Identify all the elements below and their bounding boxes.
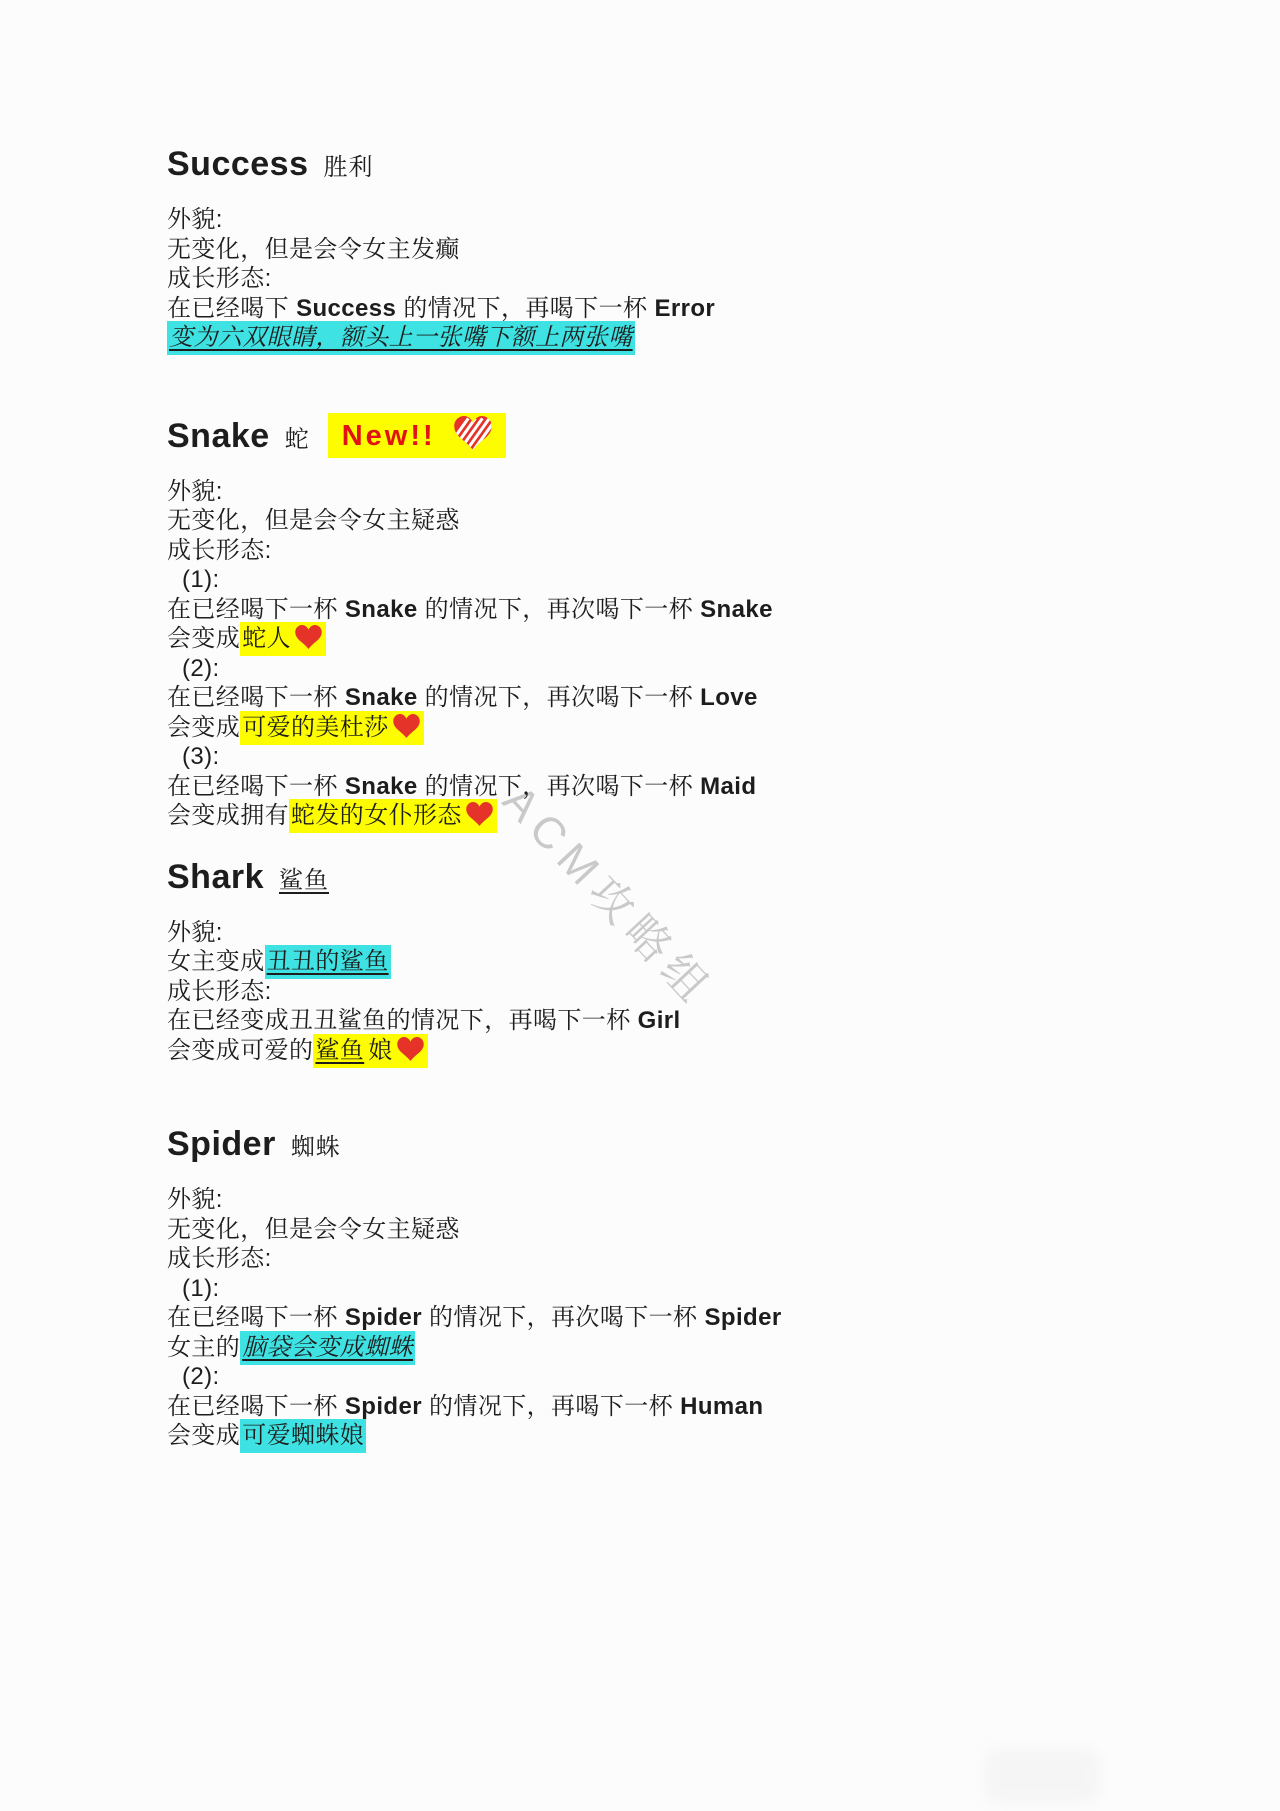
text-segment: Love [700, 684, 758, 711]
text-segment: 的情况下，再次喝下一杯 [422, 1304, 705, 1331]
section-heading: Shark鲨鱼 [167, 855, 1230, 903]
text-segment: 在已经喝下 [167, 295, 296, 322]
photo-artifact [985, 1748, 1100, 1803]
text-segment: Girl [638, 1007, 681, 1034]
section-title-en: Success [167, 145, 309, 183]
text-segment: 的情况下，再喝下一杯 [396, 295, 654, 322]
text-line: 无变化，但是会令女主疑惑 [167, 1215, 1230, 1245]
text-line: 外貌: [167, 918, 1230, 948]
text-line: 成长形态: [167, 264, 1230, 294]
section-title-en: Spider [167, 1125, 276, 1163]
text-line: 会变成可爱的鲨鱼娘 [167, 1036, 1230, 1066]
text-segment: 成长形态: [167, 265, 272, 292]
text-segment: 在已经喝下一杯 [167, 596, 345, 623]
new-badge: New!! [328, 413, 506, 458]
section-spider: Spider蜘蛛外貌:无变化，但是会令女主疑惑成长形态:(1):在已经喝下一杯 … [167, 1122, 1230, 1451]
text-segment: (2): [167, 1363, 220, 1390]
heart-icon-wrap [293, 622, 326, 656]
text-line: 在已经变成丑丑鲨鱼的情况下，再喝下一杯 Girl [167, 1006, 1230, 1036]
text-segment: (2): [167, 655, 220, 682]
sections: Success胜利外貌:无变化，但是会令女主发癫成长形态:在已经喝下 Succe… [167, 142, 1230, 1451]
text-line: (2): [167, 1362, 1230, 1392]
text-segment: Snake [345, 596, 418, 623]
text-line: 成长形态: [167, 1244, 1230, 1274]
heart-icon [466, 802, 493, 826]
section-shark: Shark鲨鱼外貌:女主变成丑丑的鲨鱼成长形态:在已经变成丑丑鲨鱼的情况下，再喝… [167, 855, 1230, 1066]
section-snake: Snake蛇New!!外貌:无变化，但是会令女主疑惑成长形态:(1):在已经喝下… [167, 413, 1230, 831]
heart-icon-wrap [464, 799, 497, 833]
text-segment: 会变成可爱的 [167, 1037, 313, 1064]
text-line: 会变成拥有蛇发的女仆形态 [167, 801, 1230, 831]
text-line: 女主的脑袋会变成蜘蛛 [167, 1333, 1230, 1363]
text-segment: Error [654, 295, 715, 322]
highlight-yellow: 蛇发的女仆形态 [289, 799, 464, 833]
text-line: 成长形态: [167, 977, 1230, 1007]
text-segment: 会变成拥有 [167, 802, 289, 829]
text-segment: 外貌: [167, 1186, 223, 1213]
section-title-zh: 蜘蛛 [291, 1134, 341, 1161]
text-line: 变为六双眼睛，额头上一张嘴下额上两张嘴 [167, 323, 1230, 353]
heart-icon-wrap [391, 711, 424, 745]
section-heading: Success胜利 [167, 142, 1230, 190]
heart-icon [295, 625, 322, 649]
text-segment: 成长形态: [167, 978, 272, 1005]
text-segment: Snake [345, 773, 418, 800]
text-segment: 外貌: [167, 206, 223, 233]
text-segment: Snake [700, 596, 773, 623]
highlight-yellow: 可爱的美杜莎 [240, 711, 390, 745]
text-line: 成长形态: [167, 536, 1230, 566]
text-segment: 外貌: [167, 478, 223, 505]
section-title-zh: 鲨鱼 [279, 867, 329, 894]
text-line: 在已经喝下一杯 Snake 的情况下，再次喝下一杯 Snake [167, 595, 1230, 625]
text-line: 外貌: [167, 477, 1230, 507]
text-line: 外貌: [167, 205, 1230, 235]
text-line: 在已经喝下一杯 Spider 的情况下，再次喝下一杯 Spider [167, 1303, 1230, 1333]
heart-icon-wrap [395, 1034, 428, 1068]
section-title-zh: 蛇 [285, 426, 310, 453]
highlight-cyan: 丑丑的鲨鱼 [265, 945, 391, 979]
text-line: 在已经喝下 Success 的情况下，再喝下一杯 Error [167, 294, 1230, 324]
document-content: Success胜利外貌:无变化，但是会令女主发癫成长形态:在已经喝下 Succe… [0, 0, 1280, 1451]
text-segment: Human [680, 1393, 763, 1420]
text-line: 在已经喝下一杯 Spider 的情况下，再喝下一杯 Human [167, 1392, 1230, 1422]
text-segment: 无变化，但是会令女主疑惑 [167, 507, 460, 534]
heart-icon [393, 714, 420, 738]
text-segment: 的情况下，再喝下一杯 [422, 1393, 680, 1420]
text-segment: (1): [167, 1275, 220, 1302]
text-segment: (1): [167, 566, 220, 593]
text-segment: Spider [345, 1304, 422, 1331]
text-line: 在已经喝下一杯 Snake 的情况下，再次喝下一杯 Love [167, 683, 1230, 713]
text-line: 无变化，但是会令女主发癫 [167, 235, 1230, 265]
text-line: 会变成可爱蜘蛛娘 [167, 1421, 1230, 1451]
text-segment: 会变成 [167, 625, 240, 652]
text-segment: 女主的 [167, 1334, 240, 1361]
heart-icon [454, 416, 492, 450]
highlight-yellow: 鲨鱼 [313, 1034, 366, 1068]
text-line: (1): [167, 565, 1230, 595]
text-segment: 在已经喝下一杯 [167, 1304, 345, 1331]
text-line: 外貌: [167, 1185, 1230, 1215]
new-badge-label: New!! [342, 420, 436, 452]
text-segment: Maid [700, 773, 756, 800]
text-segment: 无变化，但是会令女主疑惑 [167, 1216, 460, 1243]
text-segment: 女主变成 [167, 948, 265, 975]
text-segment: 成长形态: [167, 537, 272, 564]
text-segment: 外貌: [167, 919, 223, 946]
section-heading: Spider蜘蛛 [167, 1122, 1230, 1170]
text-segment: 成长形态: [167, 1245, 272, 1272]
text-line: 会变成可爱的美杜莎 [167, 713, 1230, 743]
text-line: (1): [167, 1274, 1230, 1304]
text-segment: 在已经变成丑丑鲨鱼的情况下，再喝下一杯 [167, 1007, 638, 1034]
text-segment: (3): [167, 743, 220, 770]
text-line: (3): [167, 742, 1230, 772]
text-segment: Spider [345, 1393, 422, 1420]
text-segment: Snake [345, 684, 418, 711]
text-line: 女主变成丑丑的鲨鱼 [167, 947, 1230, 977]
text-segment: 会变成 [167, 1422, 240, 1449]
text-segment: 的情况下，再次喝下一杯 [418, 773, 701, 800]
section-heading: Snake蛇New!! [167, 413, 1230, 462]
text-segment: 在已经喝下一杯 [167, 684, 345, 711]
text-line: 无变化，但是会令女主疑惑 [167, 506, 1230, 536]
text-segment: 的情况下，再次喝下一杯 [418, 684, 701, 711]
text-segment: Spider [705, 1304, 782, 1331]
highlight-yellow: 娘 [366, 1034, 394, 1068]
text-segment: Success [296, 295, 396, 322]
highlight-yellow: 蛇人 [240, 622, 293, 656]
document-page: ACM攻略组 Success胜利外貌:无变化，但是会令女主发癫成长形态:在已经喝… [0, 0, 1280, 1811]
text-line: (2): [167, 654, 1230, 684]
text-segment: 的情况下，再次喝下一杯 [418, 596, 701, 623]
highlight-cyan: 脑袋会变成蜘蛛 [240, 1331, 415, 1365]
section-title-en: Snake [167, 417, 270, 455]
section-title-zh: 胜利 [324, 154, 374, 181]
text-line: 在已经喝下一杯 Snake 的情况下，再次喝下一杯 Maid [167, 772, 1230, 802]
section-success: Success胜利外貌:无变化，但是会令女主发癫成长形态:在已经喝下 Succe… [167, 142, 1230, 353]
section-title-en: Shark [167, 858, 264, 896]
highlight-cyan: 可爱蜘蛛娘 [240, 1419, 366, 1453]
text-segment: 无变化，但是会令女主发癫 [167, 236, 460, 263]
text-segment: 在已经喝下一杯 [167, 1393, 345, 1420]
text-line: 会变成蛇人 [167, 624, 1230, 654]
text-segment: 会变成 [167, 714, 240, 741]
text-segment: 在已经喝下一杯 [167, 773, 345, 800]
heart-icon [397, 1037, 424, 1061]
highlight-cyan: 变为六双眼睛，额头上一张嘴下额上两张嘴 [167, 321, 635, 355]
